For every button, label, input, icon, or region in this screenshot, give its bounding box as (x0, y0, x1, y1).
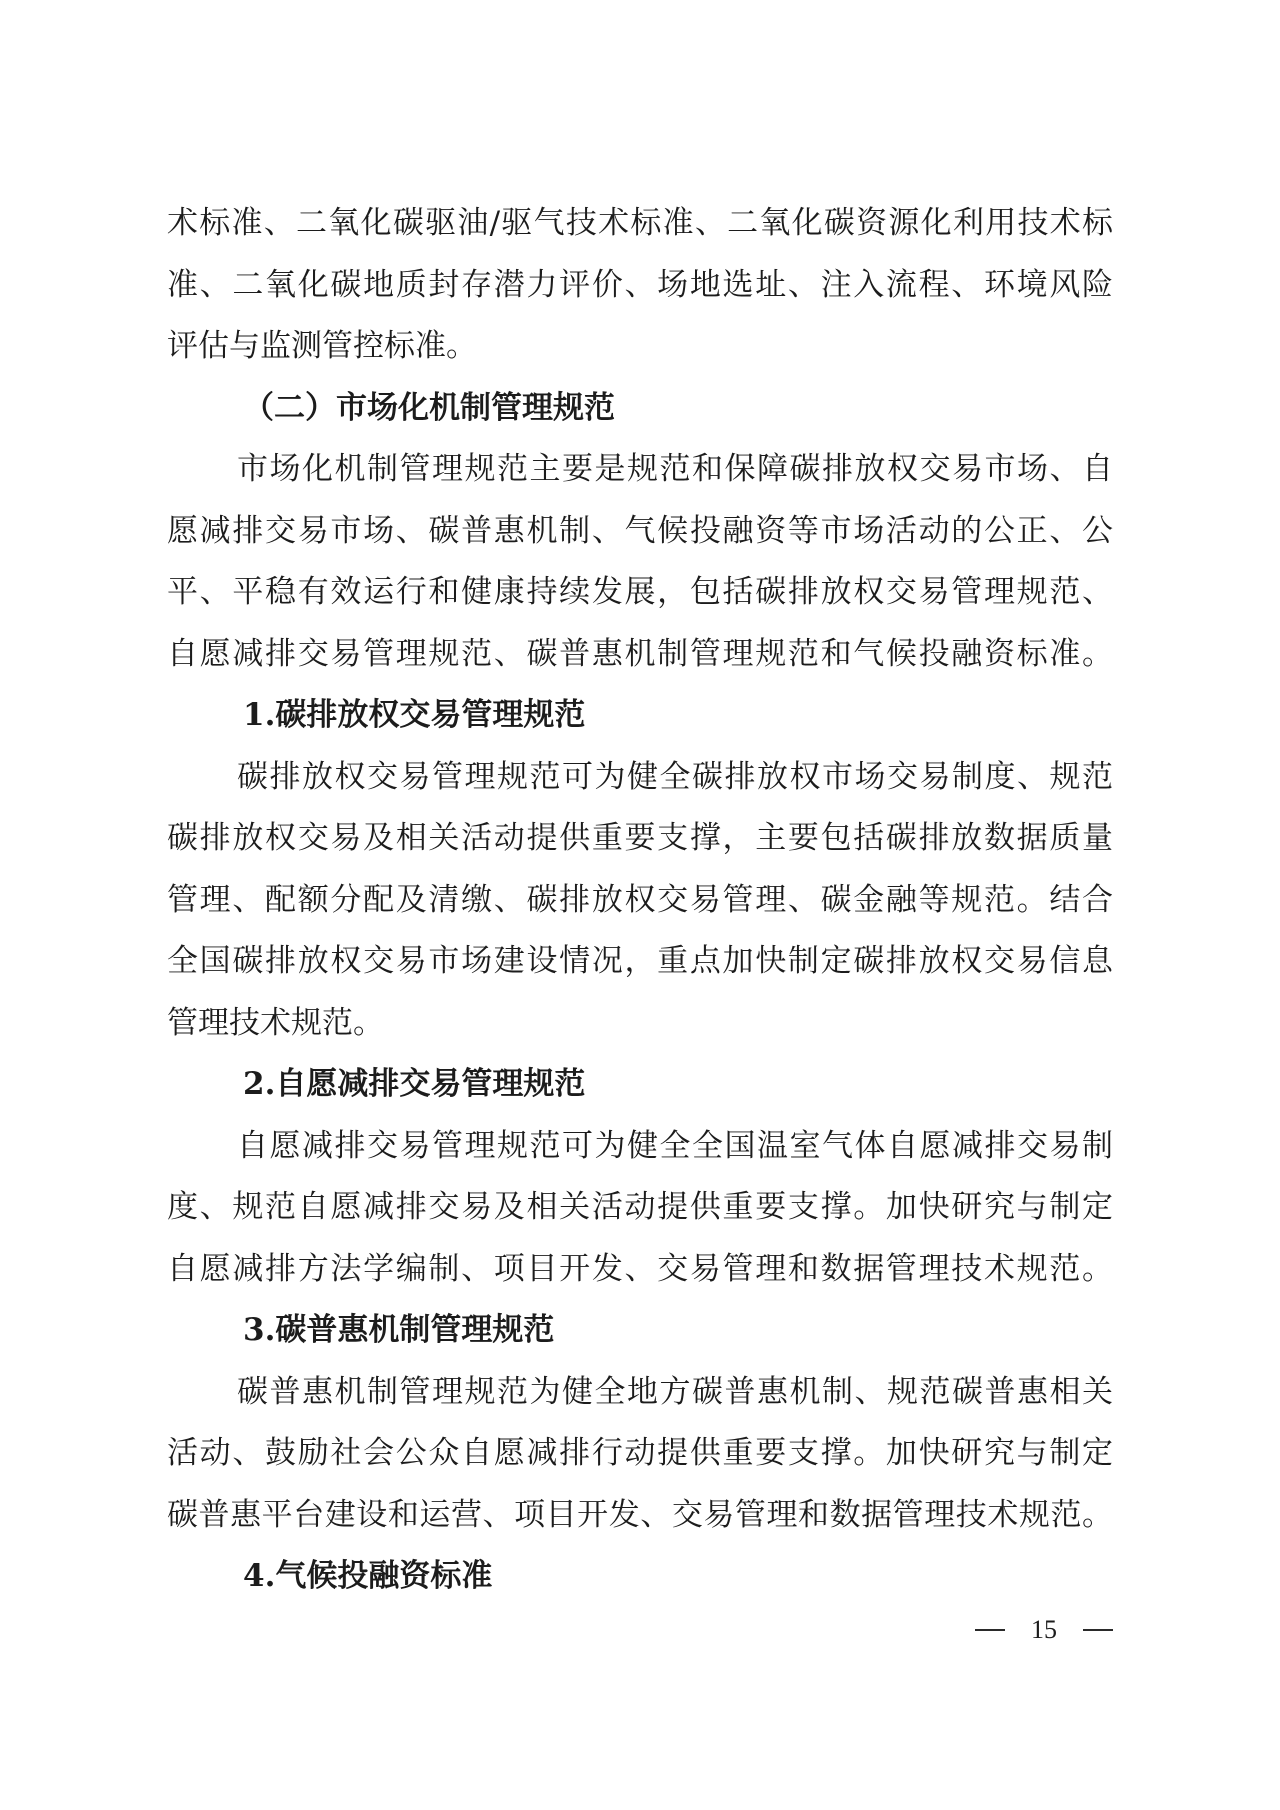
page-number-value: 15 (1031, 1612, 1057, 1648)
body-line: 愿减排交易市场、碳普惠机制、气候投融资等市场活动的公正、公 (167, 511, 1113, 551)
body-line: 评估与监测管控标准。 (167, 326, 1113, 366)
body-line: 度、规范自愿减排交易及相关活动提供重要支撑。加快研究与制定 (167, 1187, 1113, 1227)
body-line: 市场化机制管理规范主要是规范和保障碳排放权交易市场、自 (237, 449, 1113, 489)
body-line: 自愿减排交易管理规范、碳普惠机制管理规范和气候投融资标准。 (167, 634, 1113, 674)
dash-left (975, 1629, 1005, 1631)
body-line: 碳排放权交易及相关活动提供重要支撑，主要包括碳排放数据质量 (167, 818, 1113, 858)
body-line: 管理技术规范。 (167, 1003, 1113, 1043)
body-line: 自愿减排方法学编制、项目开发、交易管理和数据管理技术规范。 (167, 1249, 1113, 1289)
body-line: 碳普惠平台建设和运营、项目开发、交易管理和数据管理技术规范。 (167, 1495, 1113, 1535)
document-page: 术标准、二氧化碳驱油/驱气技术标准、二氧化碳资源化利用技术标 准、二氧化碳地质封… (0, 0, 1280, 1810)
body-line: 术标准、二氧化碳驱油/驱气技术标准、二氧化碳资源化利用技术标 (167, 203, 1113, 243)
dash-right (1083, 1629, 1113, 1631)
subsection-heading: 1.碳排放权交易管理规范 (243, 695, 1113, 735)
subsection-heading: 2.自愿减排交易管理规范 (243, 1064, 1113, 1104)
subsection-heading: 4.气候投融资标准 (243, 1556, 1113, 1596)
page-number: 15 (975, 1612, 1113, 1648)
body-line: 管理、配额分配及清缴、碳排放权交易管理、碳金融等规范。结合 (167, 880, 1113, 920)
section-heading: （二）市场化机制管理规范 (243, 388, 1113, 428)
body-line: 活动、鼓励社会公众自愿减排行动提供重要支撑。加快研究与制定 (167, 1433, 1113, 1473)
body-line: 碳普惠机制管理规范为健全地方碳普惠机制、规范碳普惠相关 (237, 1372, 1113, 1412)
body-line: 碳排放权交易管理规范可为健全碳排放权市场交易制度、规范 (237, 757, 1113, 797)
subsection-heading: 3.碳普惠机制管理规范 (243, 1310, 1113, 1350)
body-line: 自愿减排交易管理规范可为健全全国温室气体自愿减排交易制 (237, 1126, 1113, 1166)
body-line: 准、二氧化碳地质封存潜力评价、场地选址、注入流程、环境风险 (167, 265, 1113, 305)
body-line: 平、平稳有效运行和健康持续发展，包括碳排放权交易管理规范、 (167, 572, 1113, 612)
body-line: 全国碳排放权交易市场建设情况，重点加快制定碳排放权交易信息 (167, 941, 1113, 981)
